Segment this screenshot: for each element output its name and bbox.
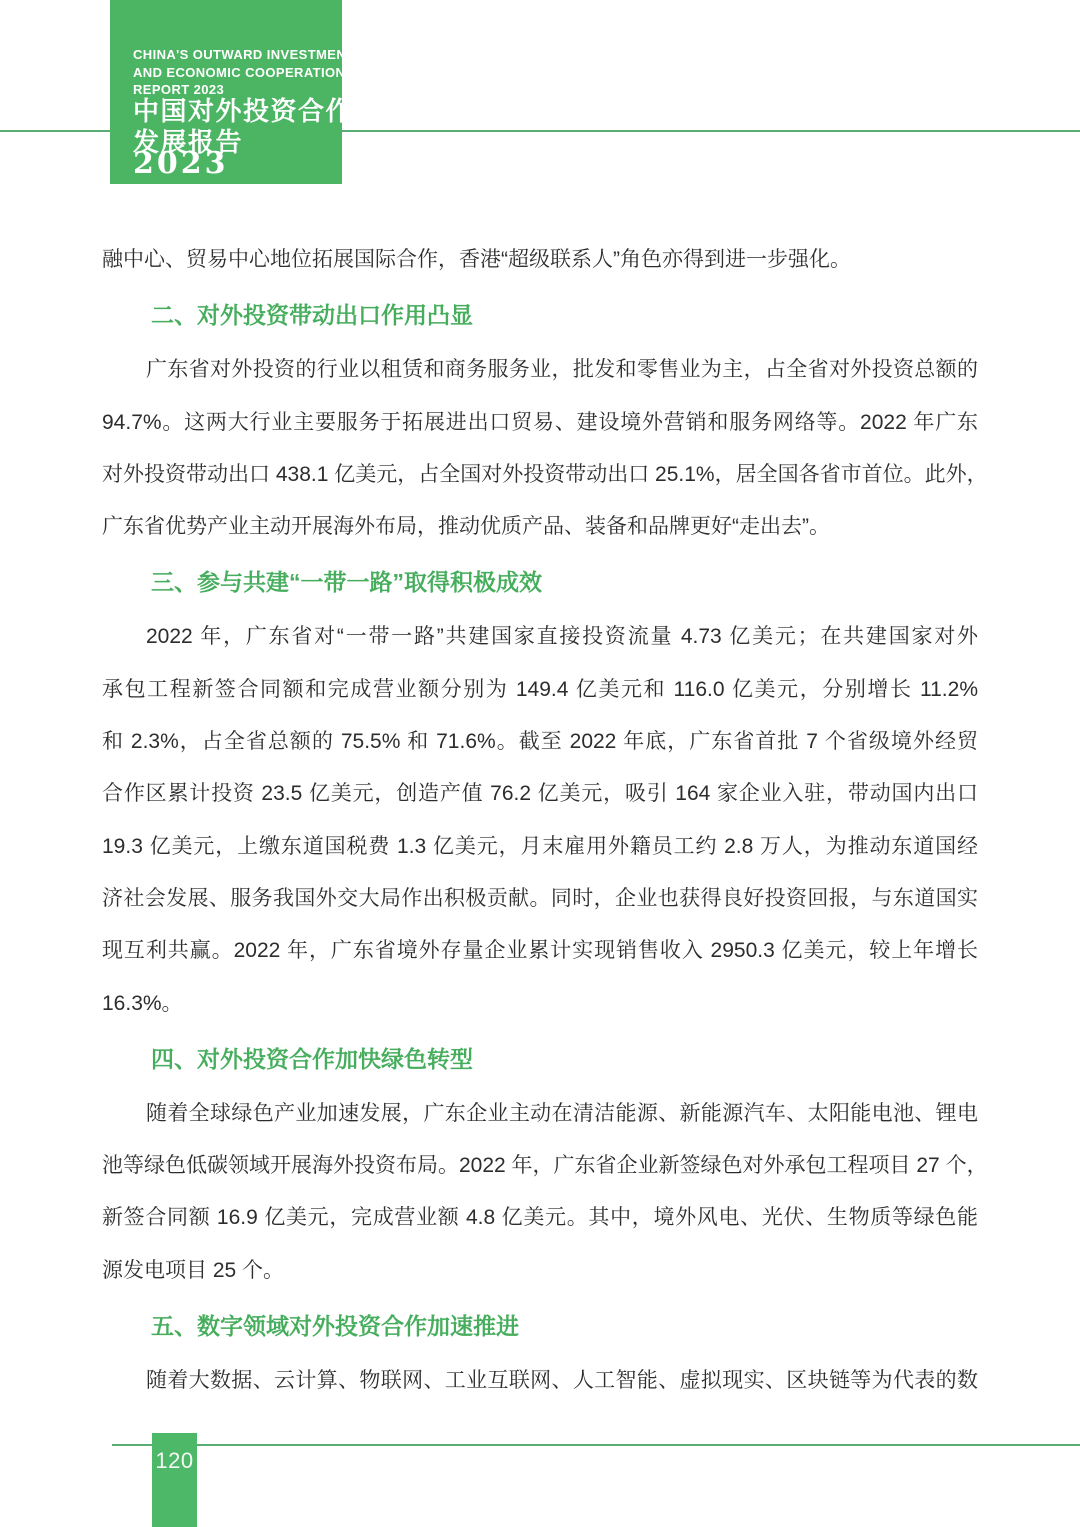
body-line: 16.3%。: [102, 978, 978, 1030]
body-line: 合作区累计投资 23.5 亿美元，创造产值 76.2 亿美元，吸引 164 家企…: [102, 768, 978, 820]
body-line: 随着全球绿色产业加速发展，广东企业主动在清洁能源、新能源汽车、太阳能电池、锂电: [102, 1088, 978, 1140]
report-title-en-line1: CHINA'S OUTWARD INVESTMENT: [133, 46, 342, 64]
body-line: 19.3 亿美元，上缴东道国税费 1.3 亿美元，月末雇用外籍员工约 2.8 万…: [102, 821, 978, 873]
report-year: 2023: [133, 146, 229, 181]
body-line: 2022 年，广东省对“一带一路”共建国家直接投资流量 4.73 亿美元；在共建…: [102, 611, 978, 663]
section-heading-4: 四、对外投资合作加快绿色转型: [102, 1030, 978, 1088]
body-line: 源发电项目 25 个。: [102, 1245, 978, 1297]
report-header-badge: CHINA'S OUTWARD INVESTMENT AND ECONOMIC …: [110, 0, 342, 184]
body-line: 广东省优势产业主动开展海外布局，推动优质产品、装备和品牌更好“走出去”。: [102, 501, 978, 553]
body-line: 承包工程新签合同额和完成营业额分别为 149.4 亿美元和 116.0 亿美元，…: [102, 664, 978, 716]
body-line: 和 2.3%，占全省总额的 75.5% 和 71.6%。截至 2022 年底，广…: [102, 716, 978, 768]
section-heading-5: 五、数字领域对外投资合作加速推进: [102, 1297, 978, 1355]
section-heading-3: 三、参与共建“一带一路”取得积极成效: [102, 553, 978, 611]
section-heading-2: 二、对外投资带动出口作用凸显: [102, 286, 978, 344]
body-line: 池等绿色低碳领域开展海外投资布局。2022 年，广东省企业新签绿色对外承包工程项…: [102, 1140, 978, 1192]
page-number: 120: [155, 1448, 193, 1473]
body-line: 94.7%。这两大行业主要服务于拓展进出口贸易、建设境外营销和服务网络等。202…: [102, 397, 978, 449]
page-content: 融中心、贸易中心地位拓展国际合作，香港“超级联系人”角色亦得到进一步强化。 二、…: [102, 234, 978, 1407]
footer-rule: [112, 1444, 1080, 1446]
body-line: 对外投资带动出口 438.1 亿美元，占全国对外投资带动出口 25.1%，居全国…: [102, 449, 978, 501]
body-line: 济社会发展、服务我国外交大局作出积极贡献。同时，企业也获得良好投资回报，与东道国…: [102, 873, 978, 925]
report-page: CHINA'S OUTWARD INVESTMENT AND ECONOMIC …: [0, 0, 1080, 1527]
page-number-badge: 120: [152, 1433, 197, 1527]
body-line: 新签合同额 16.9 亿美元，完成营业额 4.8 亿美元。其中，境外风电、光伏、…: [102, 1192, 978, 1244]
body-line: 现互利共赢。2022 年，广东省境外存量企业累计实现销售收入 2950.3 亿美…: [102, 925, 978, 977]
report-title-en: CHINA'S OUTWARD INVESTMENT AND ECONOMIC …: [133, 46, 342, 99]
report-title-en-line2: AND ECONOMIC COOPERATION: [133, 64, 342, 82]
body-line: 融中心、贸易中心地位拓展国际合作，香港“超级联系人”角色亦得到进一步强化。: [102, 234, 978, 286]
body-line: 随着大数据、云计算、物联网、工业互联网、人工智能、虚拟现实、区块链等为代表的数: [102, 1355, 978, 1407]
report-title-zh-line1: 中国对外投资合作: [133, 96, 342, 127]
body-line: 广东省对外投资的行业以租赁和商务服务业，批发和零售业为主，占全省对外投资总额的: [102, 344, 978, 396]
